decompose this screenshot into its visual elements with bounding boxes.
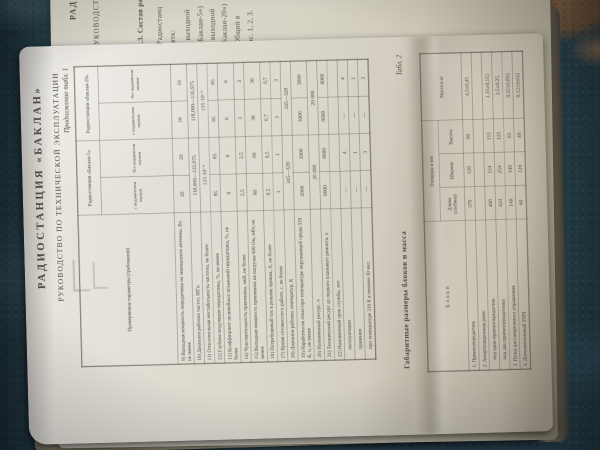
value-cell: 0,12±0,012 [512,51,524,118]
specs-table: Проверяемые параметры (требования)Радиос… [73,59,376,368]
under-page-text-fragment: с выходной [208,9,217,46]
under-page-text-fragment: с выходной [183,9,192,46]
value-cell: — [358,96,369,133]
sub-column-header: без подавителя шумов [100,139,174,178]
value-cell: 3000 [291,98,308,136]
value-cell: 20 [172,138,189,176]
value-cell: 16 [170,64,187,102]
sub-column-header: с подавителем шумов [99,102,173,141]
value-cell: 60 [246,174,263,212]
value-cell: 3 [359,134,370,171]
sub-column-header: Ширина [439,154,464,188]
sub-column-header: без подавителя шумов [98,64,172,103]
group-column-header: Радиостанция «Баклан-5» [76,141,102,216]
value-cell: 2000 [292,135,309,173]
column-header: Проверяемые параметры (требования) [78,213,178,367]
value-cell: 40 [514,118,525,152]
dimensions-table-area: БлокиРазмеры в ммМасса в кгДлина (глубин… [419,48,553,372]
photo-of-open-manual: РАД РУКОВОДСТ 1.3. Состав ра Радиостанц … [0,0,600,450]
sub-column-header: Высота [438,120,463,154]
value-cell: 60 [245,136,262,174]
table-body: 9) Выходная мощность передатчика на экви… [170,59,375,364]
value-cell: 60 [515,186,526,220]
value-cell: — [360,171,371,208]
sub-column-header: Длина (глубина) [440,187,465,221]
book-page: РАДИОСТАНЦИЯ «БАКЛАН» РУКОВОДСТВО ПО ТЕХ… [19,33,553,445]
value-cell: 30 [244,99,261,137]
column-header: Блоки [424,221,469,372]
table-2-note: Табл. 2 [395,55,404,76]
value-cell: 126 [515,152,526,186]
value-cell: 3 [357,59,368,96]
under-page-text-fragment: Общий в [233,15,241,44]
value-cell: 3000 [290,61,307,99]
under-page-text-fragment: РУКОВОДСТ [92,0,101,50]
under-page-text-fragment: Радиостанц [155,7,164,45]
sub-column-header: с подавителем шумов [101,176,175,215]
value-cell: 20 [173,176,190,214]
value-cell: 30 [243,62,260,100]
group-column-header: Радиостанция «Баклан-20» [74,66,100,141]
column-header: Масса в кг [420,53,463,121]
value-cell: 6 [217,63,234,101]
value-cell: 2000 [293,172,310,210]
under-page-text-fragment: 1.3. Состав ра [136,0,145,47]
under-page-text-fragment: РАД [68,0,77,20]
value-cell: 6 [218,100,235,138]
table-body: 1. Приемопередатчик370120904,5±0,452. Ам… [461,51,531,371]
value-cell: 16 [171,101,188,139]
value-cell: 6 [219,137,236,175]
page-content: РАДИОСТАНЦИЯ «БАКЛАН» РУКОВОДСТВО ПО ТЕХ… [23,35,549,442]
dimensions-table: БлокиРазмеры в ммМасса в кгДлина (глубин… [419,51,531,373]
table-header: Проверяемые параметры (требования)Радиос… [74,64,178,366]
value-cell: 6 [220,174,237,212]
page-title: РАДИОСТАНЦИЯ «БАКЛАН» [31,52,49,322]
